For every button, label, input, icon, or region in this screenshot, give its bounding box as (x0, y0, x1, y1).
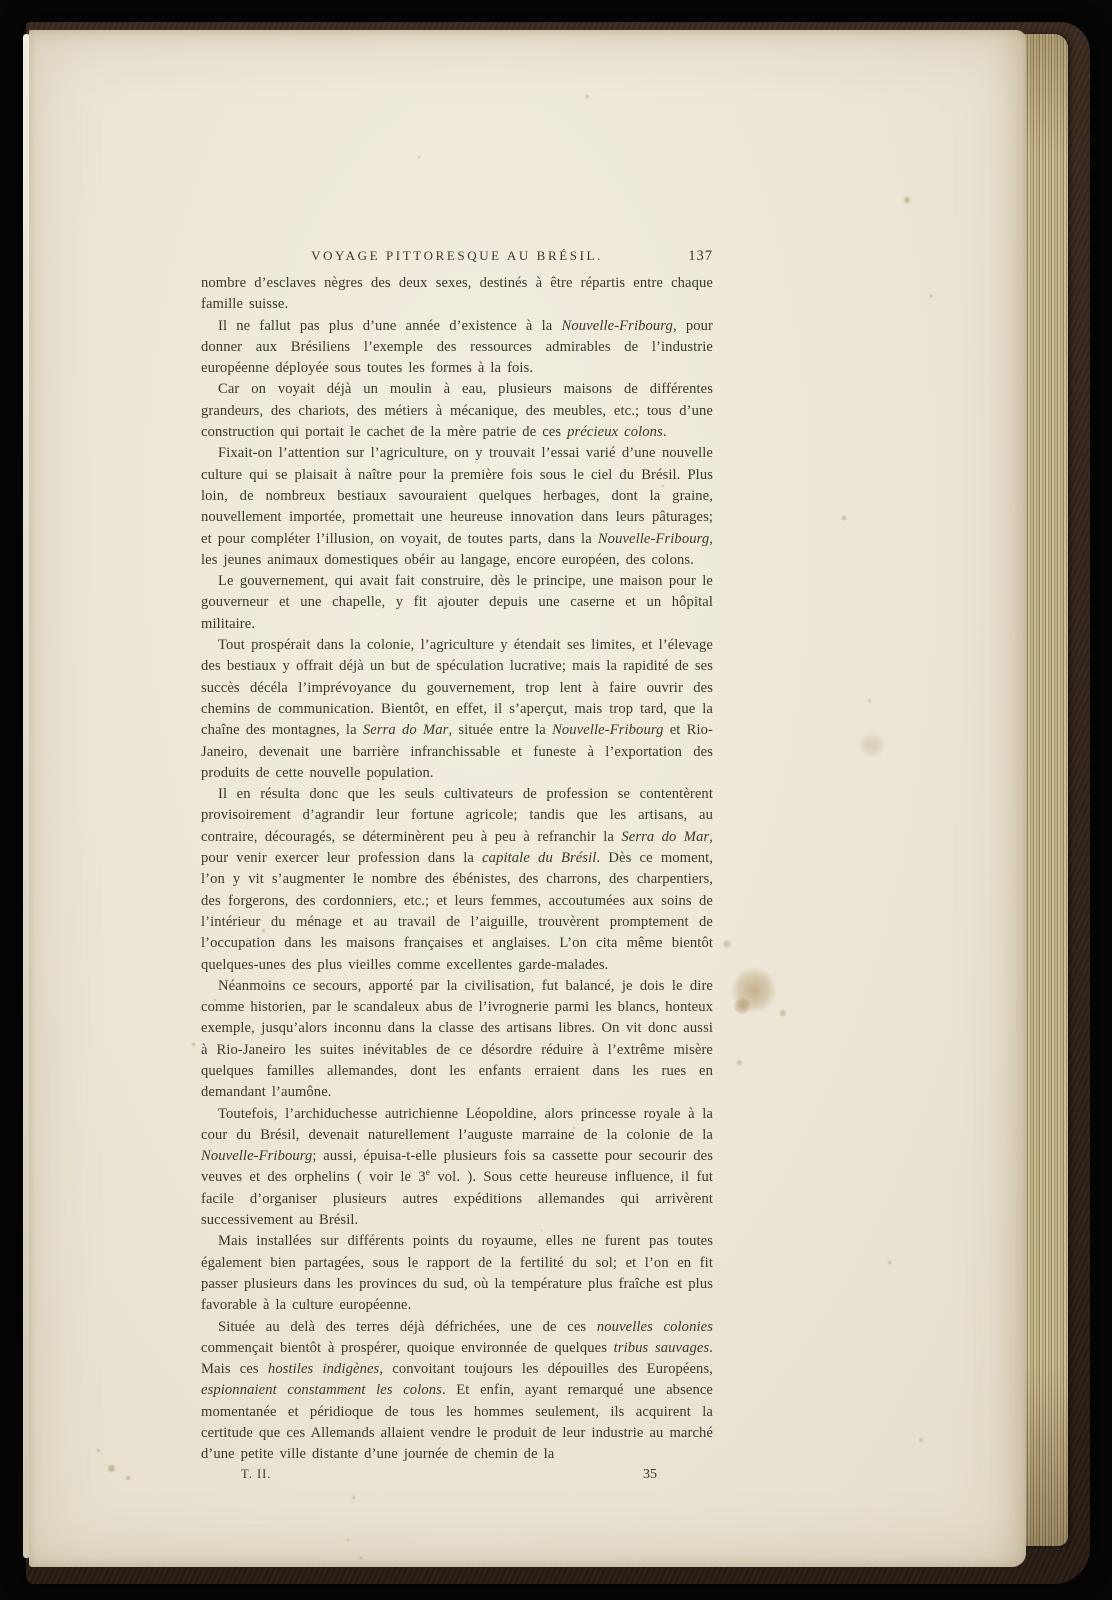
paragraph: Le gouvernement, qui avait fait construi… (201, 571, 713, 635)
foxing-spot (779, 1009, 787, 1017)
foxing-spot (736, 1059, 743, 1066)
foxing-spot (417, 155, 421, 159)
page-body-text: nombre d’esclaves nègres des deux sexes,… (201, 273, 713, 1466)
foxing-spot (733, 997, 751, 1015)
paragraph: Néanmoins ce secours, apporté par la civ… (201, 976, 713, 1104)
foxing-spot (107, 1464, 116, 1473)
paragraph: nombre d’esclaves nègres des deux sexes,… (201, 273, 713, 316)
paragraph: Il ne fallut pas plus d’une année d’exis… (201, 316, 713, 380)
foxing-spot (191, 1042, 196, 1047)
running-head: VOYAGE PITTORESQUE AU BRÉSIL. 137 (201, 248, 713, 264)
running-head-title: VOYAGE PITTORESQUE AU BRÉSIL. (311, 248, 603, 263)
book-page: VOYAGE PITTORESQUE AU BRÉSIL. 137 nombre… (29, 30, 1026, 1567)
paragraph: Car on voyait déjà un moulin à eau, plus… (201, 379, 713, 443)
foxing-spot (859, 732, 885, 758)
foxing-spot (903, 196, 911, 204)
paragraph: Tout prospérait dans la colonie, l’agric… (201, 635, 713, 784)
foxing-spot (722, 939, 732, 949)
foxing-spot (351, 1495, 356, 1500)
paragraph: Mais installées sur différents points du… (201, 1231, 713, 1316)
book-photo: VOYAGE PITTORESQUE AU BRÉSIL. 137 nombre… (0, 0, 1112, 1600)
page-edges (1022, 34, 1068, 1546)
foxing-spot (359, 1556, 363, 1560)
paragraph: Fixait-on l’attention sur l’agriculture,… (201, 443, 713, 571)
paragraph: Il en résulta donc que les seuls cultiva… (201, 784, 713, 976)
foxing-spot (929, 294, 933, 298)
foxing-spot (918, 1437, 924, 1443)
text-block: VOYAGE PITTORESQUE AU BRÉSIL. 137 nombre… (201, 248, 713, 1483)
foxing-spot (125, 1475, 131, 1481)
paragraph: Située au delà des terres déjà défrichée… (201, 1317, 713, 1466)
footer-line: T. II. 35 (201, 1466, 713, 1483)
foxing-spot (585, 94, 590, 99)
volume-signature: T. II. (241, 1467, 271, 1483)
sheet-signature: 35 (643, 1467, 657, 1483)
foxing-spot (841, 515, 847, 521)
foxing-spot (96, 1448, 101, 1453)
paragraph: Toutefois, l’archiduchesse autrichienne … (201, 1104, 713, 1232)
foxing-spot (867, 698, 872, 703)
foxing-spot (887, 1260, 892, 1265)
foxing-spot (731, 967, 777, 1013)
foxing-spot (346, 1538, 350, 1542)
page-number: 137 (688, 248, 713, 265)
